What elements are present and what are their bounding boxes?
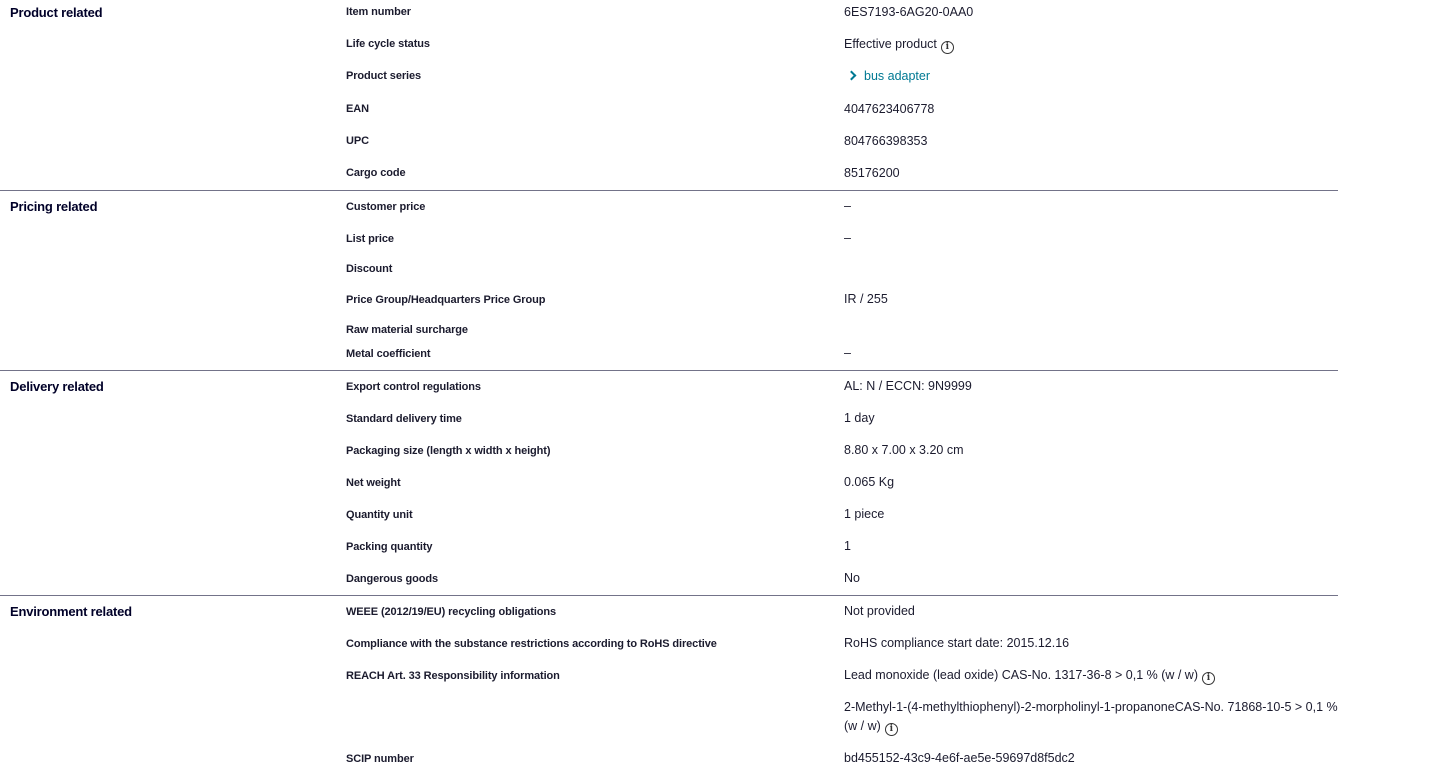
label-standard-delivery-time: Standard delivery time xyxy=(346,413,462,425)
info-icon[interactable]: i xyxy=(1202,672,1215,685)
label-packing-quantity: Packing quantity xyxy=(346,541,432,553)
value-export-control: AL: N / ECCN: 9N9999 xyxy=(844,377,1338,396)
value-packing-quantity: 1 xyxy=(844,537,1338,556)
value-cargo-code: 85176200 xyxy=(844,164,1338,183)
info-icon[interactable]: i xyxy=(941,41,954,54)
label-quantity-unit: Quantity unit xyxy=(346,509,413,521)
label-item-number: Item number xyxy=(346,6,411,18)
label-dangerous-goods: Dangerous goods xyxy=(346,573,438,585)
value-standard-delivery-time: 1 day xyxy=(844,409,1338,428)
life-cycle-status-text: Effective product xyxy=(844,37,937,51)
value-life-cycle-status: Effective producti xyxy=(844,35,1338,54)
value-upc: 804766398353 xyxy=(844,132,1338,151)
info-icon[interactable]: i xyxy=(885,723,898,736)
label-discount: Discount xyxy=(346,263,392,275)
value-customer-price: – xyxy=(844,197,1338,216)
product-series-link-text: bus adapter xyxy=(864,69,930,83)
label-reach: REACH Art. 33 Responsibility information xyxy=(346,670,560,682)
value-dangerous-goods: No xyxy=(844,569,1338,588)
value-rohs-compliance: RoHS compliance start date: 2015.12.16 xyxy=(844,634,1338,653)
section-title: Delivery related xyxy=(10,379,104,394)
label-life-cycle-status: Life cycle status xyxy=(346,38,430,50)
label-weee: WEEE (2012/19/EU) recycling obligations xyxy=(346,606,556,618)
section-delivery-related: Delivery related Export control regulati… xyxy=(0,371,1338,596)
label-metal-coefficient: Metal coefficient xyxy=(346,348,431,360)
label-rohs-compliance: Compliance with the substance restrictio… xyxy=(346,638,717,650)
value-quantity-unit: 1 piece xyxy=(844,505,1338,524)
value-metal-coefficient: – xyxy=(844,344,1338,363)
chevron-right-icon xyxy=(847,71,857,81)
label-export-control: Export control regulations xyxy=(346,381,481,393)
value-net-weight: 0.065 Kg xyxy=(844,473,1338,492)
value-item-number: 6ES7193-6AG20-0AA0 xyxy=(844,3,1338,22)
value-packaging-size: 8.80 x 7.00 x 3.20 cm xyxy=(844,441,1338,460)
section-pricing-related: Pricing related Customer price – List pr… xyxy=(0,191,1338,371)
label-raw-material-surcharge: Raw material surcharge xyxy=(346,324,468,336)
section-environment-related: Environment related WEEE (2012/19/EU) re… xyxy=(0,596,1338,772)
label-scip-number: SCIP number xyxy=(346,753,414,765)
value-reach-lead-monoxide: Lead monoxide (lead oxide) CAS-No. 1317-… xyxy=(844,666,1338,685)
value-scip-number: bd455152-43c9-4e6f-ae5e-59697d8f5dc2 xyxy=(844,749,1338,768)
value-weee: Not provided xyxy=(844,602,1338,621)
label-ean: EAN xyxy=(346,103,369,115)
label-product-series: Product series xyxy=(346,70,421,82)
value-list-price: – xyxy=(844,229,1338,248)
section-product-related: Product related Item number 6ES7193-6AG2… xyxy=(0,0,1338,191)
reach-methyl-text: 2-Methyl-1-(4-methylthiophenyl)-2-morpho… xyxy=(844,700,1338,733)
label-net-weight: Net weight xyxy=(346,477,401,489)
value-price-group: IR / 255 xyxy=(844,290,1338,309)
label-upc: UPC xyxy=(346,135,369,147)
section-title: Pricing related xyxy=(10,199,97,214)
value-ean: 4047623406778 xyxy=(844,100,1338,119)
label-list-price: List price xyxy=(346,233,394,245)
label-price-group: Price Group/Headquarters Price Group xyxy=(346,294,545,306)
label-customer-price: Customer price xyxy=(346,201,425,213)
section-title: Environment related xyxy=(10,604,132,619)
reach-lead-monoxide-text: Lead monoxide (lead oxide) CAS-No. 1317-… xyxy=(844,668,1198,682)
section-title: Product related xyxy=(10,5,102,20)
label-cargo-code: Cargo code xyxy=(346,167,406,179)
value-reach-methyl: 2-Methyl-1-(4-methylthiophenyl)-2-morpho… xyxy=(844,698,1338,736)
product-series-link[interactable]: bus adapter xyxy=(844,67,1338,86)
label-packaging-size: Packaging size (length x width x height) xyxy=(346,445,550,457)
